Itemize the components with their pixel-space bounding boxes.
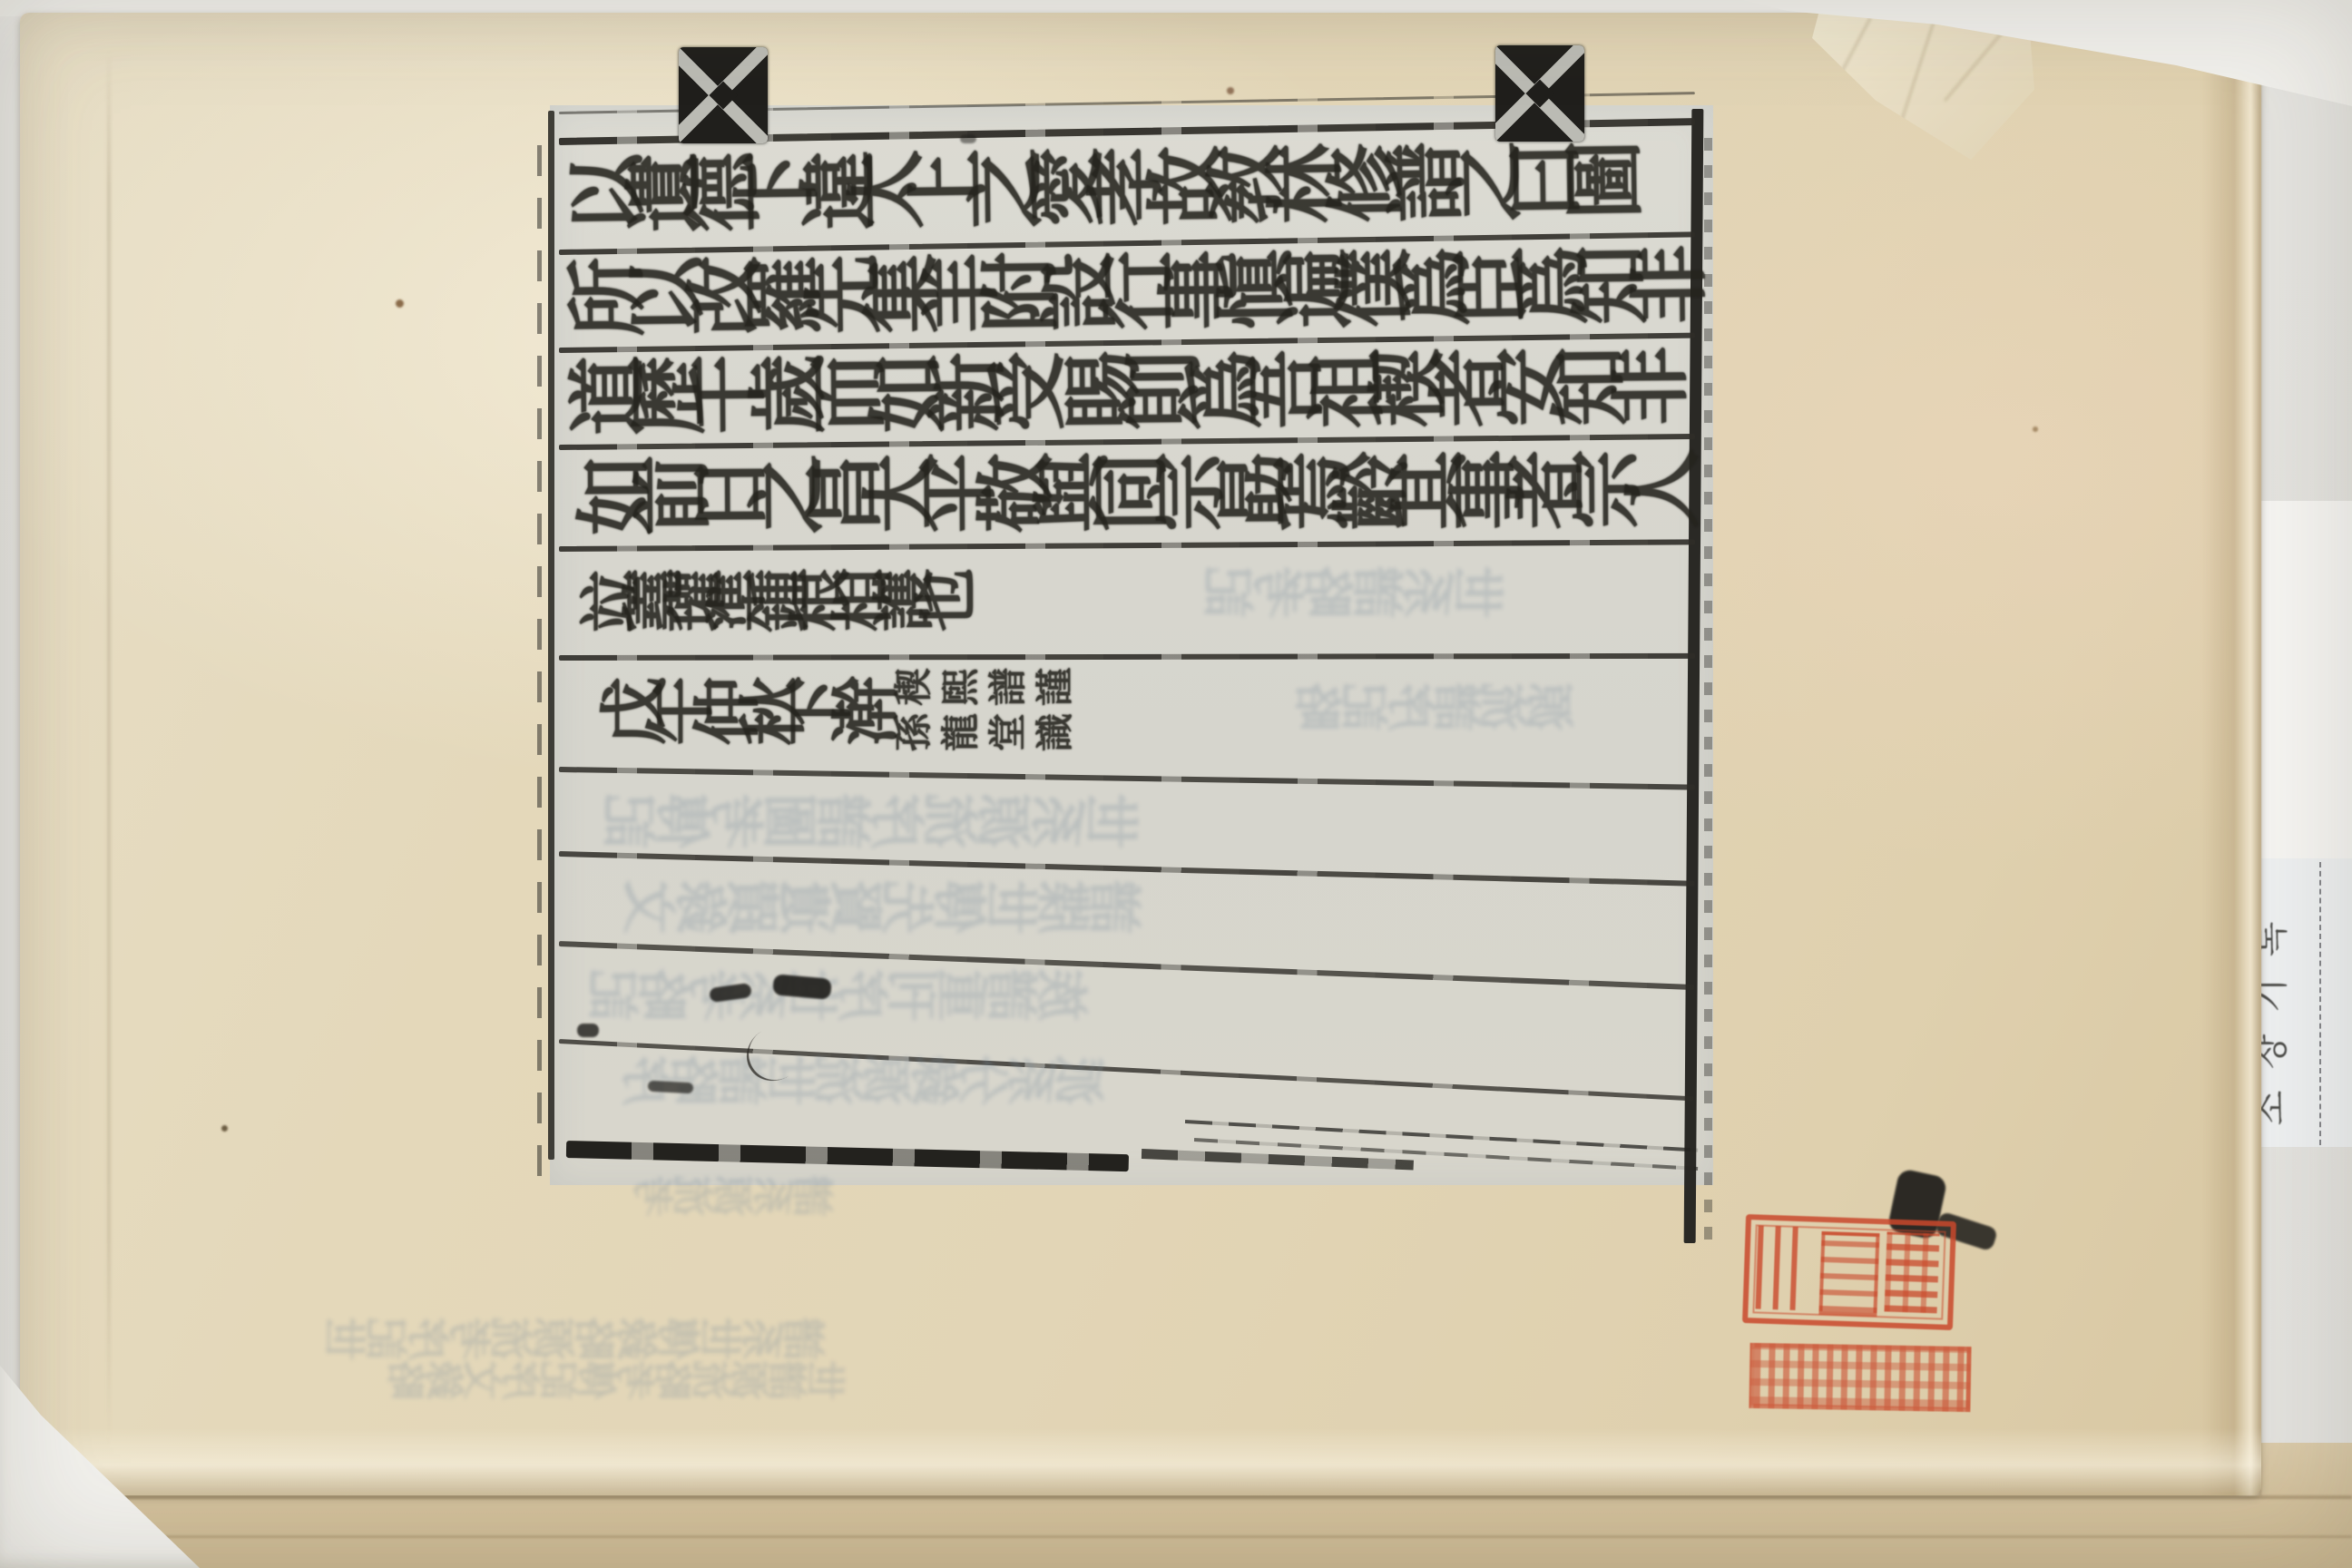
red-collector-seal-upper bbox=[1742, 1214, 1956, 1330]
text-row: 以遺德下違太上之愛孝故敎林修譜之曰圖 bbox=[558, 127, 1702, 245]
ink-smudge bbox=[577, 1024, 599, 1037]
fold-ornament-left-icon bbox=[679, 47, 768, 143]
printed-character-small: 堂 bbox=[983, 709, 1028, 756]
printed-character-small: 識 bbox=[1030, 709, 1075, 756]
page-edge-shadow bbox=[109, 1495, 2352, 1499]
ink-smudge bbox=[648, 1081, 694, 1094]
red-collector-seal-lower bbox=[1749, 1343, 1971, 1412]
paper-speck bbox=[221, 1125, 228, 1132]
perforation-dashed-line bbox=[2319, 862, 2321, 1145]
page-edge-shadow bbox=[109, 1535, 2352, 1538]
signature-small-characters: 稧孫煕龍譜堂謹識 bbox=[887, 664, 1132, 755]
text-segment: 道歷千歲而如新受 bbox=[573, 347, 1053, 441]
frame-border-left-outer bbox=[537, 142, 542, 1176]
paper-speck bbox=[396, 299, 404, 308]
leaf-right-edge bbox=[2201, 13, 2261, 1495]
show-through-text: 世系源流序譜圖考傳記 bbox=[606, 782, 1142, 863]
printed-character: 人 bbox=[1610, 459, 1704, 518]
text-row: 如前日之昌大平敬與同宗勗焉齡其事者宗人 bbox=[559, 441, 1703, 543]
paper-fold-crease bbox=[107, 49, 111, 1446]
text-segment: 如前日之昌大平敬與同宗 bbox=[582, 445, 1211, 543]
bottom-border-band-worn bbox=[1142, 1149, 1414, 1171]
printed-character: 非 bbox=[1600, 355, 1690, 416]
text-row: 所以改羅先集羊附設行事愼遍僕爲臣爲知非 bbox=[558, 240, 1702, 342]
text-segment: 賜則爲吾祖稧者安知非 bbox=[1066, 340, 1675, 436]
show-through-text: 世譜源流略考傳記序文錄略 bbox=[390, 1352, 848, 1410]
show-through-text: 族譜重刊序世系考略記 bbox=[592, 958, 1091, 1034]
ink-smudge bbox=[960, 134, 976, 143]
printed-character-small: 謹 bbox=[1030, 663, 1075, 710]
text-segment: 戊午仲秋下澣 bbox=[606, 659, 884, 763]
printed-character-small: 譜 bbox=[983, 663, 1028, 710]
text-segment: 以遺德下違 bbox=[572, 139, 864, 244]
text-segment: 所以改羅先集羊附設行事愼遍僕爲臣爲知非 bbox=[572, 240, 1693, 342]
show-through-text: 派系分錄源流世譜略序 bbox=[624, 1045, 1105, 1118]
printed-character: 非 bbox=[1619, 254, 1709, 314]
show-through-text: 譜系源流考 bbox=[635, 1167, 835, 1227]
text-segment: 勗焉齡其事者宗人 bbox=[1221, 441, 1687, 538]
text-segment: 竝蕘瓘準鍾根相護也 bbox=[586, 549, 962, 652]
printed-character-small: 龍 bbox=[936, 709, 981, 756]
archive-label-strip: 소장기록 bbox=[2252, 501, 2352, 1147]
printed-character: 圖 bbox=[1548, 149, 1651, 211]
paper-speck bbox=[2033, 426, 2038, 432]
printed-character-small: 孫 bbox=[888, 709, 934, 756]
printed-character: 也 bbox=[890, 579, 992, 621]
leaf-bottom-curl bbox=[20, 1428, 2261, 1495]
paper-speck bbox=[1227, 87, 1234, 94]
photograph-of-open-antique-book: 소장기록 以遺德下違太上之愛孝故敎林修譜之曰圖所以改羅先集羊附設行事愼遍僕爲臣爲… bbox=[0, 0, 2352, 1568]
text-segment: 太上之愛孝故敎林修譜之曰圖 bbox=[850, 129, 1630, 241]
printed-character-small: 煕 bbox=[936, 663, 981, 710]
text-row: 竝蕘瓘準鍾根相護也 bbox=[559, 547, 1702, 652]
bottom-thin-rule bbox=[1185, 1120, 1698, 1152]
printed-character-small: 稧 bbox=[888, 663, 934, 710]
text-row: 道歷千歲而如新受賜則爲吾祖稧者安知非 bbox=[559, 340, 1703, 441]
show-through-text: 源流譜序記略 bbox=[1298, 673, 1575, 743]
show-through-text: 譜牒世傳先賢遺蹟錄文 bbox=[626, 869, 1143, 947]
fold-ornament-right-icon bbox=[1495, 45, 1584, 142]
show-through-text: 世系譜略考記 bbox=[1207, 555, 1506, 632]
